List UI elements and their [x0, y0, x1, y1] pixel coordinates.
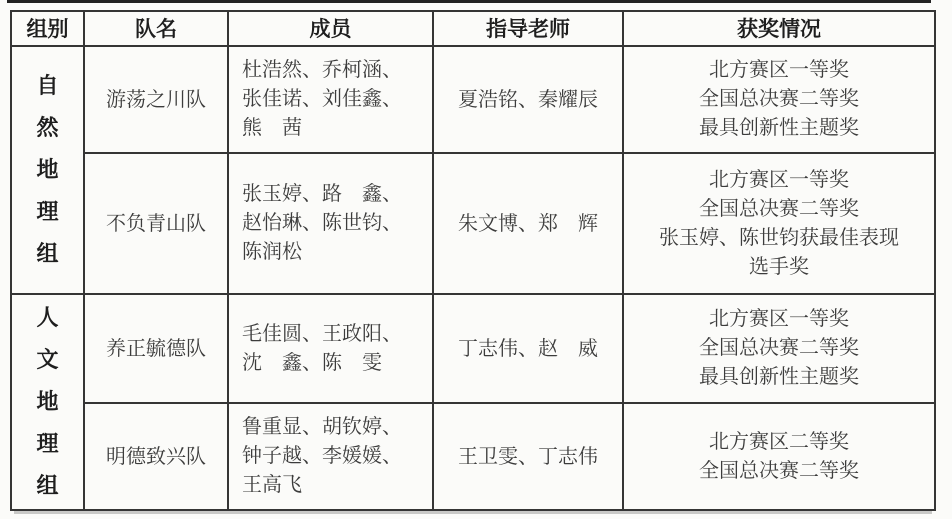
- group-cell-natural-geography: 自然地理组: [11, 46, 84, 294]
- member-line: 王高飞: [242, 471, 426, 500]
- award-line: 选手奖: [628, 253, 930, 282]
- member-line: 张玉婷、路 鑫、: [242, 180, 426, 209]
- advisors-cell: 丁志伟、赵 威: [433, 294, 623, 403]
- member-line: 熊 茜: [242, 114, 426, 143]
- members-cell: 张玉婷、路 鑫、 赵怡琳、陈世钧、 陈润松: [228, 153, 433, 294]
- group-cell-human-geography: 人文地理组: [11, 294, 84, 510]
- awards-cell: 北方赛区一等奖 全国总决赛二等奖 张玉婷、陈世钧获最佳表现 选手奖: [623, 153, 935, 294]
- award-line: 北方赛区一等奖: [628, 305, 930, 334]
- award-line: 全国总决赛二等奖: [628, 334, 930, 363]
- member-line: 鲁重显、胡钦婷、: [242, 413, 426, 442]
- award-line: 最具创新性主题奖: [628, 114, 930, 143]
- members-cell: 毛佳圆、王政阳、 沈 鑫、陈 雯: [228, 294, 433, 403]
- col-header-awards: 获奖情况: [623, 11, 935, 46]
- members-cell: 鲁重显、胡钦婷、 钟子越、李媛媛、 王高飞: [228, 403, 433, 510]
- award-line: 北方赛区一等奖: [628, 166, 930, 195]
- table-row-youdangzhichuan: 自然地理组 游荡之川队 杜浩然、乔柯涵、 张佳诺、刘佳鑫、 熊 茜 夏浩铭、秦耀…: [11, 46, 935, 153]
- top-rule-line: [7, 0, 931, 3]
- member-line: 陈润松: [242, 238, 426, 267]
- awards-table: 组别 队名 成员 指导老师 获奖情况 自然地理组 游荡之川队 杜浩然、乔柯涵、 …: [10, 10, 936, 511]
- member-line: 赵怡琳、陈世钧、: [242, 209, 426, 238]
- team-name-cell: 游荡之川队: [84, 46, 228, 153]
- group-label: 自然地理组: [35, 65, 60, 275]
- award-line: 全国总决赛二等奖: [628, 457, 930, 486]
- award-line: 北方赛区一等奖: [628, 56, 930, 85]
- team-name-cell: 明德致兴队: [84, 403, 228, 510]
- team-name-cell: 养正毓德队: [84, 294, 228, 403]
- col-header-advisors: 指导老师: [433, 11, 623, 46]
- table-row-bufuqingshan: 不负青山队 张玉婷、路 鑫、 赵怡琳、陈世钧、 陈润松 朱文博、郑 辉 北方赛区…: [11, 153, 935, 294]
- team-name-cell: 不负青山队: [84, 153, 228, 294]
- awards-cell: 北方赛区二等奖 全国总决赛二等奖: [623, 403, 935, 510]
- table-header-row: 组别 队名 成员 指导老师 获奖情况: [11, 11, 935, 46]
- member-line: 毛佳圆、王政阳、: [242, 320, 426, 349]
- advisors-cell: 夏浩铭、秦耀辰: [433, 46, 623, 153]
- member-line: 沈 鑫、陈 雯: [242, 349, 426, 378]
- table-row-mingdezhixing: 明德致兴队 鲁重显、胡钦婷、 钟子越、李媛媛、 王高飞 王卫雯、丁志伟 北方赛区…: [11, 403, 935, 510]
- award-line: 张玉婷、陈世钧获最佳表现: [628, 224, 930, 253]
- member-line: 张佳诺、刘佳鑫、: [242, 85, 426, 114]
- awards-cell: 北方赛区一等奖 全国总决赛二等奖 最具创新性主题奖: [623, 294, 935, 403]
- table-row-yangzhengyude: 人文地理组 养正毓德队 毛佳圆、王政阳、 沈 鑫、陈 雯 丁志伟、赵 威 北方赛…: [11, 294, 935, 403]
- members-cell: 杜浩然、乔柯涵、 张佳诺、刘佳鑫、 熊 茜: [228, 46, 433, 153]
- scanned-document-page: 组别 队名 成员 指导老师 获奖情况 自然地理组 游荡之川队 杜浩然、乔柯涵、 …: [0, 0, 952, 519]
- award-line: 北方赛区二等奖: [628, 428, 930, 457]
- advisors-cell: 朱文博、郑 辉: [433, 153, 623, 294]
- col-header-group: 组别: [11, 11, 84, 46]
- award-line: 全国总决赛二等奖: [628, 195, 930, 224]
- award-line: 全国总决赛二等奖: [628, 85, 930, 114]
- col-header-team: 队名: [84, 11, 228, 46]
- awards-cell: 北方赛区一等奖 全国总决赛二等奖 最具创新性主题奖: [623, 46, 935, 153]
- award-line: 最具创新性主题奖: [628, 363, 930, 392]
- advisors-cell: 王卫雯、丁志伟: [433, 403, 623, 510]
- bottom-shadow-line: [14, 511, 932, 514]
- member-line: 杜浩然、乔柯涵、: [242, 56, 426, 85]
- col-header-members: 成员: [228, 11, 433, 46]
- member-line: 钟子越、李媛媛、: [242, 442, 426, 471]
- group-label: 人文地理组: [35, 297, 60, 507]
